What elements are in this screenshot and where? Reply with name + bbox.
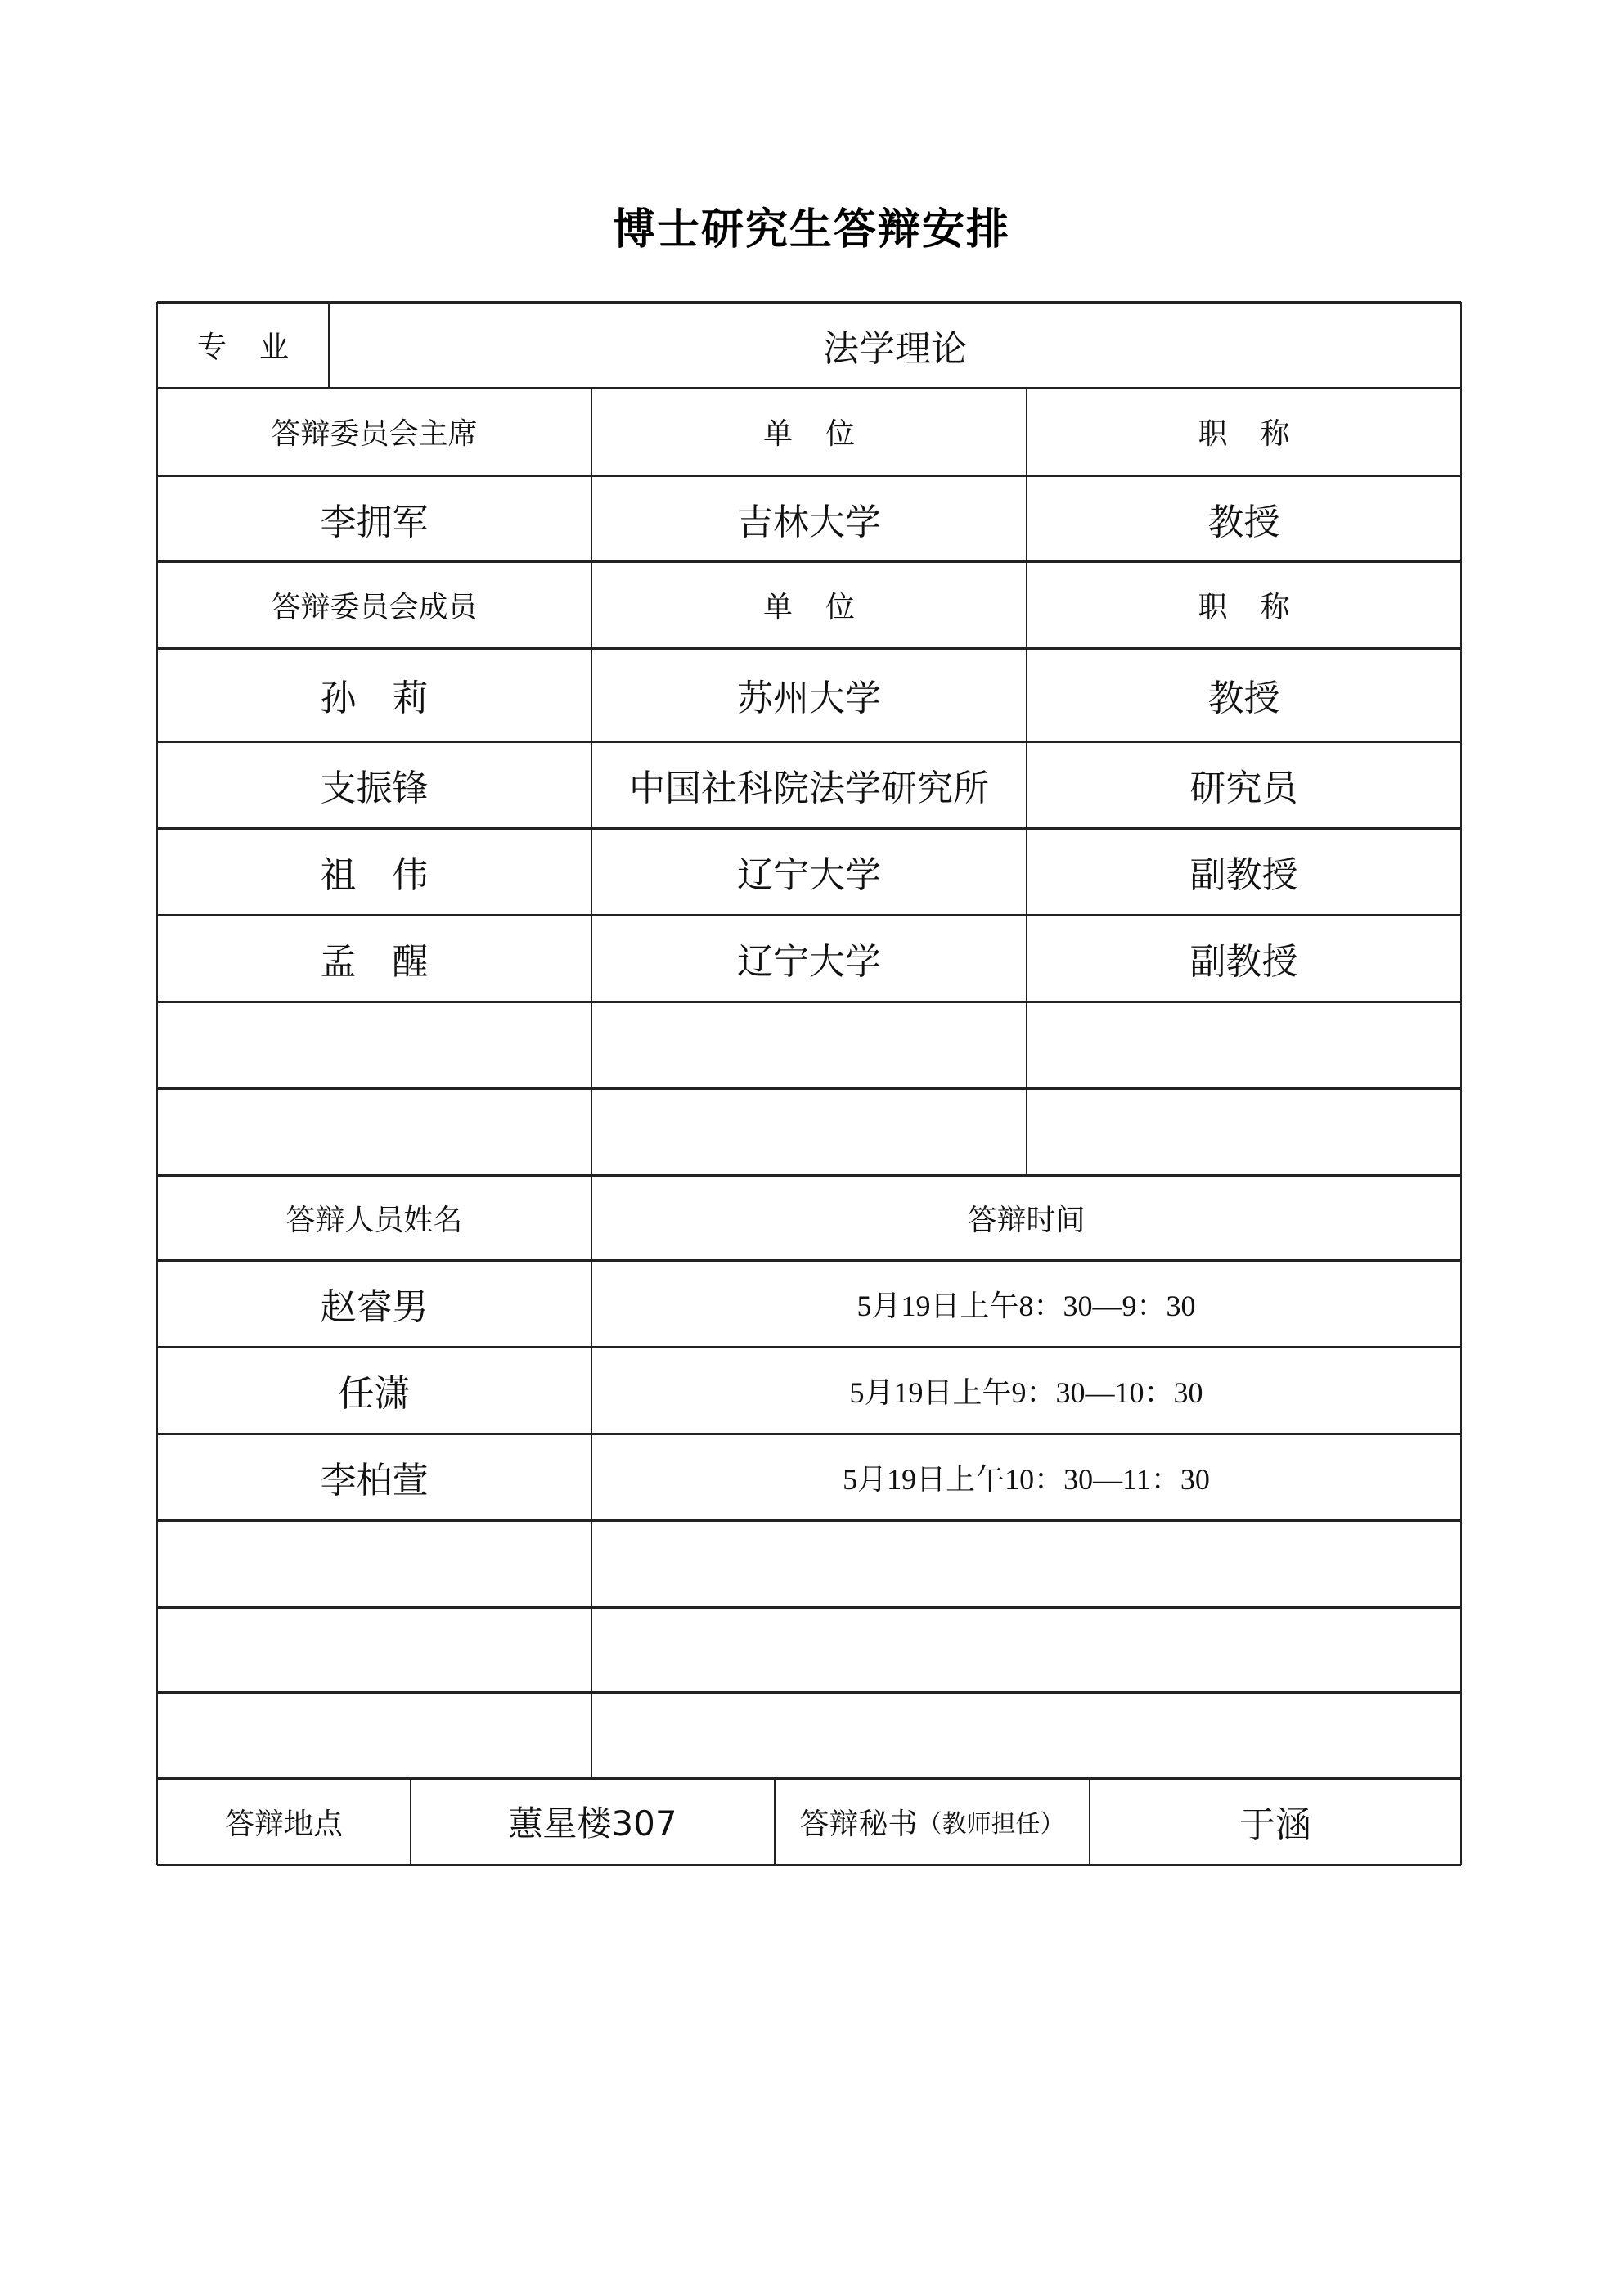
candidate-name-empty [157, 1520, 591, 1607]
member-name: 支振锋 [157, 741, 591, 828]
major-value: 法学理论 [329, 302, 1461, 388]
member-name: 祖伟 [157, 828, 591, 915]
chair-header-role: 答辩委员会主席 [157, 388, 591, 475]
member-name-empty [157, 1088, 591, 1175]
member-unit-empty [591, 1002, 1027, 1088]
member-unit: 辽宁大学 [591, 828, 1027, 915]
candidate-time: 5月19日上午8：30—9：30 [591, 1260, 1461, 1347]
candidate-time-empty [591, 1520, 1461, 1607]
candidates-header-time: 答辩时间 [591, 1175, 1461, 1260]
member-rank: 副教授 [1027, 915, 1461, 1002]
candidates-header-name: 答辩人员姓名 [157, 1175, 591, 1260]
chair-rank: 教授 [1027, 475, 1461, 561]
chair-header-unit: 单位 [591, 388, 1027, 475]
secretary-label: 答辩秘书（教师担任） [775, 1778, 1090, 1865]
location-value: 蕙星楼307 [411, 1778, 775, 1865]
member-unit: 苏州大学 [591, 648, 1027, 741]
member-unit-empty [591, 1088, 1027, 1175]
member-rank: 副教授 [1027, 828, 1461, 915]
candidate-time: 5月19日上午9：30—10：30 [591, 1347, 1461, 1434]
chair-header-rank: 职称 [1027, 388, 1461, 475]
candidate-name: 赵睿男 [157, 1260, 591, 1347]
member-name: 孟醒 [157, 915, 591, 1002]
defense-schedule-table: 专业 法学理论 答辩委员会主席 单位 职称 李拥军 吉林大学 教授 答辩委员会成… [157, 302, 1461, 1865]
secretary-label-text: 答辩秘书 [799, 1801, 917, 1843]
members-header-rank: 职称 [1027, 561, 1461, 648]
member-rank-empty [1027, 1002, 1461, 1088]
members-header-role: 答辩委员会成员 [157, 561, 591, 648]
member-name-empty [157, 1002, 591, 1088]
member-unit: 中国社科院法学研究所 [591, 741, 1027, 828]
secretary-note: （教师担任） [918, 1803, 1065, 1839]
member-rank: 研究员 [1027, 741, 1461, 828]
document-title: 博士研究生答辩安排 [0, 203, 1623, 257]
member-rank-empty [1027, 1088, 1461, 1175]
member-rank: 教授 [1027, 648, 1461, 741]
candidate-time-empty [591, 1607, 1461, 1692]
candidate-name-empty [157, 1607, 591, 1692]
secretary-value: 于涵 [1090, 1778, 1461, 1865]
major-label: 专业 [157, 302, 329, 388]
candidate-time: 5月19日上午10：30—11：30 [591, 1434, 1461, 1520]
location-label: 答辩地点 [157, 1778, 411, 1865]
member-unit: 辽宁大学 [591, 915, 1027, 1002]
candidate-name: 任潇 [157, 1347, 591, 1434]
candidate-name: 李柏萱 [157, 1434, 591, 1520]
member-name: 孙莉 [157, 648, 591, 741]
chair-unit: 吉林大学 [591, 475, 1027, 561]
chair-name: 李拥军 [157, 475, 591, 561]
members-header-unit: 单位 [591, 561, 1027, 648]
